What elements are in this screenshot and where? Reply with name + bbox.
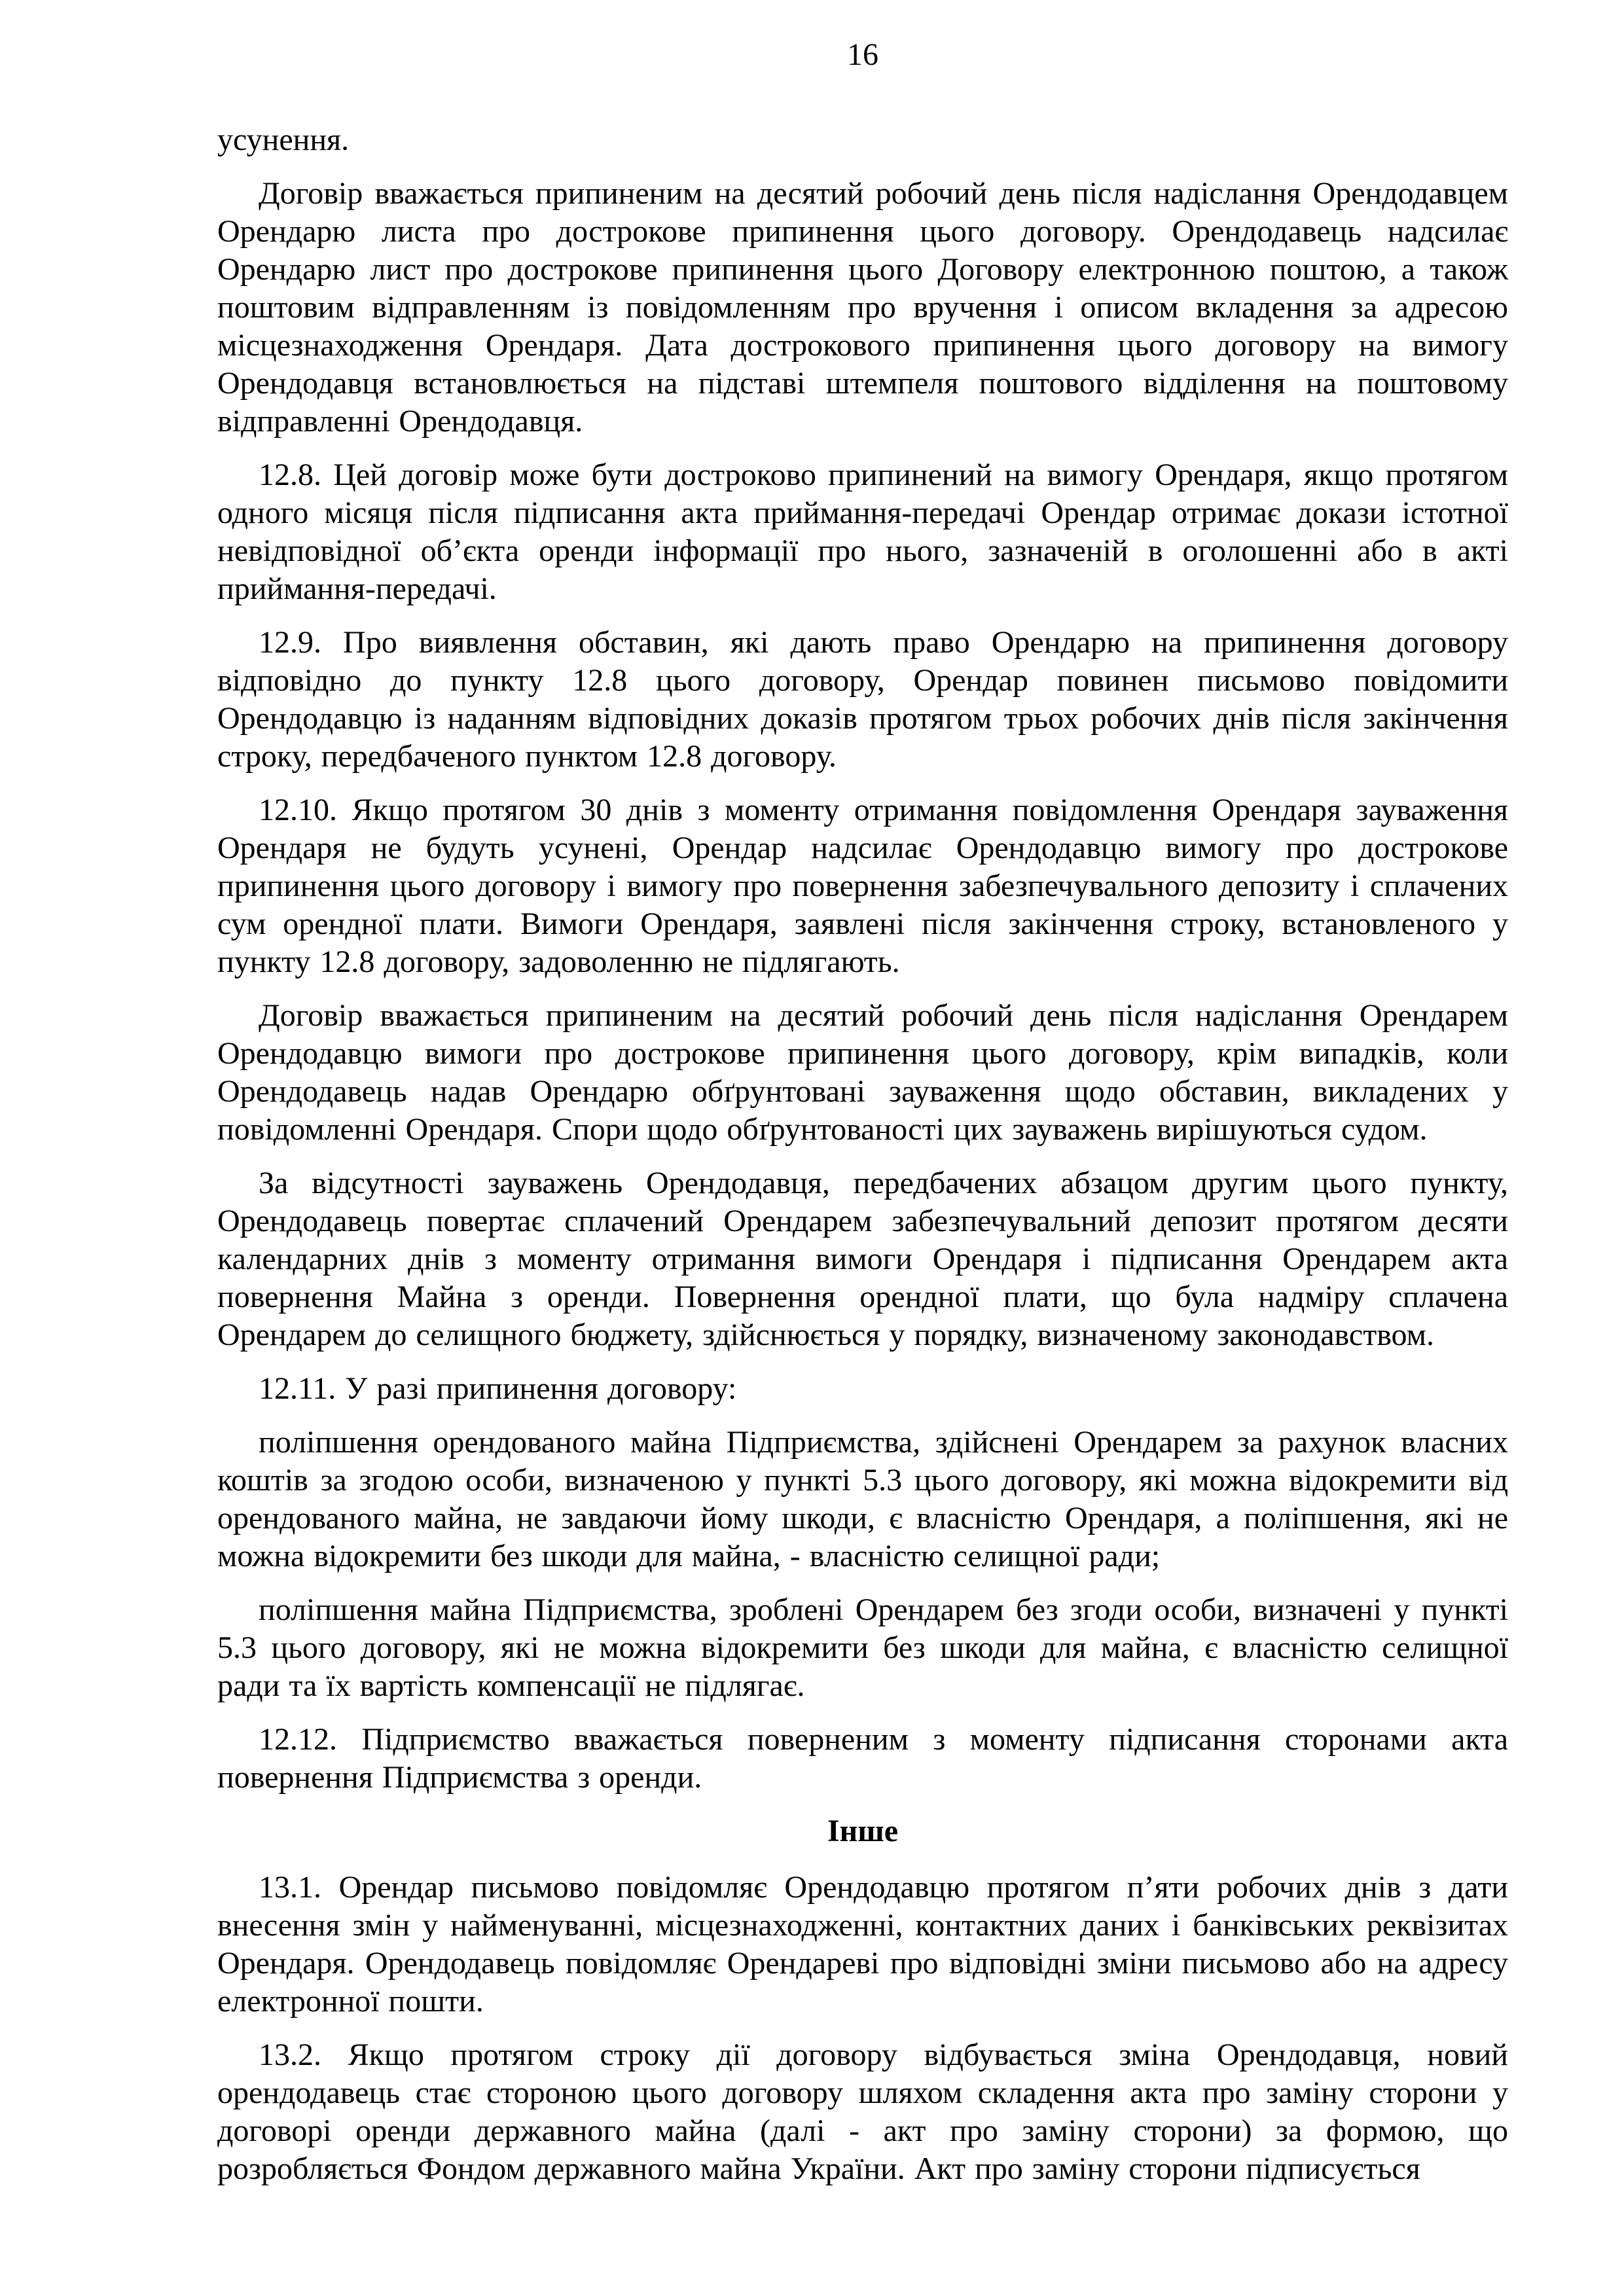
page-number: 16 <box>217 36 1508 74</box>
paragraph-improvements-with-consent: поліпшення орендованого майна Підприємст… <box>217 1424 1508 1575</box>
paragraph-12-9: 12.9. Про виявлення обставин, які дають … <box>217 624 1508 776</box>
paragraph-12-10: 12.10. Якщо протягом 30 днів з моменту о… <box>217 791 1508 981</box>
contract-page: 16 усунення. Договір вважається припинен… <box>0 0 1624 2296</box>
section-heading-other: Інше <box>217 1812 1508 1850</box>
paragraph-termination-notice: Договір вважається припиненим на десятий… <box>217 175 1508 440</box>
paragraph-continuation: усунення. <box>217 121 1508 159</box>
paragraph-improvements-without-consent: поліпшення майна Підприємства, зроблені … <box>217 1591 1508 1705</box>
paragraph-12-11: 12.11. У разі припинення договору: <box>217 1370 1508 1408</box>
paragraph-deposit-return: За відсутності зауважень Орендодавця, пе… <box>217 1164 1508 1354</box>
paragraph-12-12: 12.12. Підприємство вважається повернени… <box>217 1721 1508 1797</box>
paragraph-termination-by-tenant: Договір вважається припиненим на десятий… <box>217 997 1508 1149</box>
paragraph-13-2: 13.2. Якщо протягом строку дії договору … <box>217 2036 1508 2188</box>
paragraph-12-8: 12.8. Цей договір може бути достроково п… <box>217 456 1508 608</box>
document-page: { "page": { "number": "16" }, "document"… <box>0 0 1624 2296</box>
paragraph-13-1: 13.1. Орендар письмово повідомляє Орендо… <box>217 1869 1508 2020</box>
